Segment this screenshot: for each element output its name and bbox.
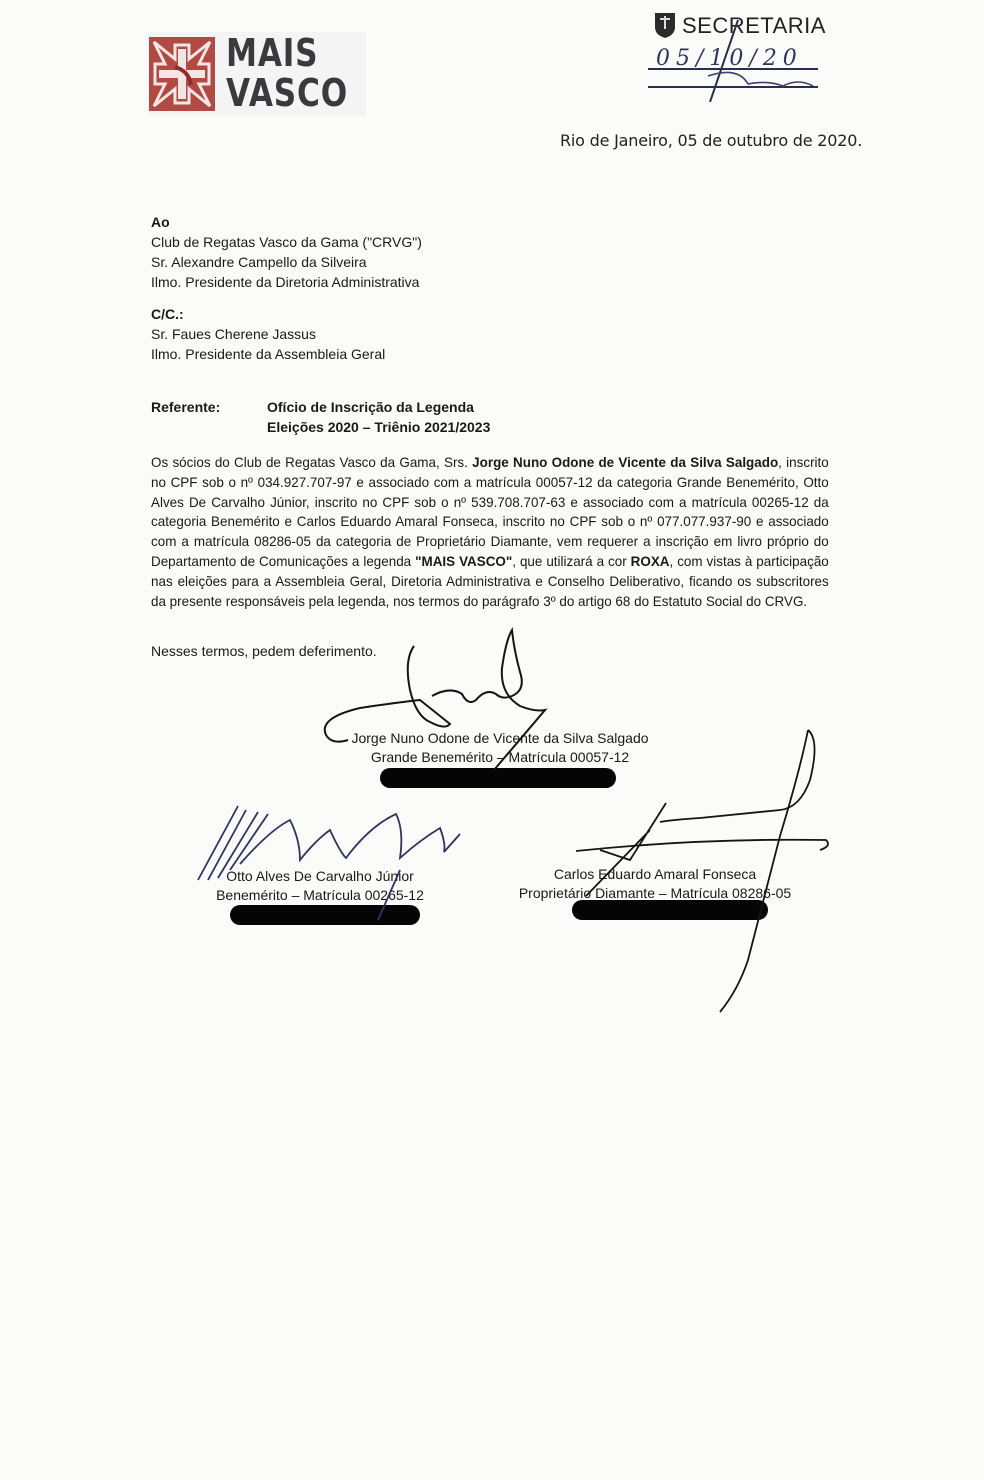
date-line: Rio de Janeiro, 05 de outubro de 2020. — [560, 131, 862, 150]
signatory-role: Grande Benemérito – Matrícula 00057-12 — [320, 748, 680, 767]
signatory-1: Jorge Nuno Odone de Vicente da Silva Sal… — [320, 729, 680, 767]
body-text: Os sócios do Club de Regatas Vasco da Ga… — [151, 454, 472, 470]
mais-vasco-logo: MAIS VASCO — [148, 32, 366, 116]
body-bold-name: Jorge Nuno Odone de Vicente da Silva Sal… — [472, 454, 778, 470]
signatory-name: Jorge Nuno Odone de Vicente da Silva Sal… — [320, 729, 680, 748]
closing-line: Nesses termos, pedem deferimento. — [151, 641, 377, 661]
recipient-line: Sr. Alexandre Campello da Silveira — [151, 252, 422, 272]
cc-line: Ilmo. Presidente da Assembleia Geral — [151, 344, 385, 364]
redaction-bar — [230, 905, 420, 925]
recipient-line: Club de Regatas Vasco da Gama ("CRVG") — [151, 232, 422, 252]
reference-line1: Ofício de Inscrição da Legenda — [267, 397, 567, 417]
body-bold-color: ROXA — [631, 553, 670, 569]
logo-line2: VASCO — [226, 74, 348, 112]
cc-lead: C/C.: — [151, 304, 385, 324]
cc-block: C/C.: Sr. Faues Cherene Jassus Ilmo. Pre… — [151, 304, 385, 364]
signatory-3: Carlos Eduardo Amaral Fonseca Proprietár… — [500, 865, 810, 903]
cc-line: Sr. Faues Cherene Jassus — [151, 324, 385, 344]
body-text: , inscrito no CPF sob o nº 034.927.707-9… — [151, 454, 829, 569]
signatory-2: Otto Alves De Carvalho Júnior Benemérito… — [180, 867, 460, 905]
redaction-bar — [572, 900, 768, 920]
secretaria-stamp: SECRETARIA 05/10/20 — [648, 6, 828, 102]
recipient-line: Ilmo. Presidente da Diretoria Administra… — [151, 272, 422, 292]
body-text: , que utilizará a cor — [512, 553, 630, 569]
stamp-signature — [648, 6, 828, 102]
redaction-bar — [380, 768, 616, 788]
signatory-name: Carlos Eduardo Amaral Fonseca — [500, 865, 810, 884]
signatory-role: Benemérito – Matrícula 00265-12 — [180, 886, 460, 905]
reference-line2: Eleições 2020 – Triênio 2021/2023 — [267, 417, 567, 437]
recipient-lead: Ao — [151, 212, 422, 232]
signatory-name: Otto Alves De Carvalho Júnior — [180, 867, 460, 886]
body-paragraph: Os sócios do Club de Regatas Vasco da Ga… — [151, 453, 829, 611]
reference-label: Referente: — [151, 397, 220, 417]
recipient-block: Ao Club de Regatas Vasco da Gama ("CRVG"… — [151, 212, 422, 292]
body-bold-legend: "MAIS VASCO" — [415, 553, 512, 569]
cross-of-christ-icon — [149, 37, 215, 111]
logo-line1: MAIS — [226, 34, 318, 72]
reference-subject: Ofício de Inscrição da Legenda Eleições … — [267, 397, 567, 437]
